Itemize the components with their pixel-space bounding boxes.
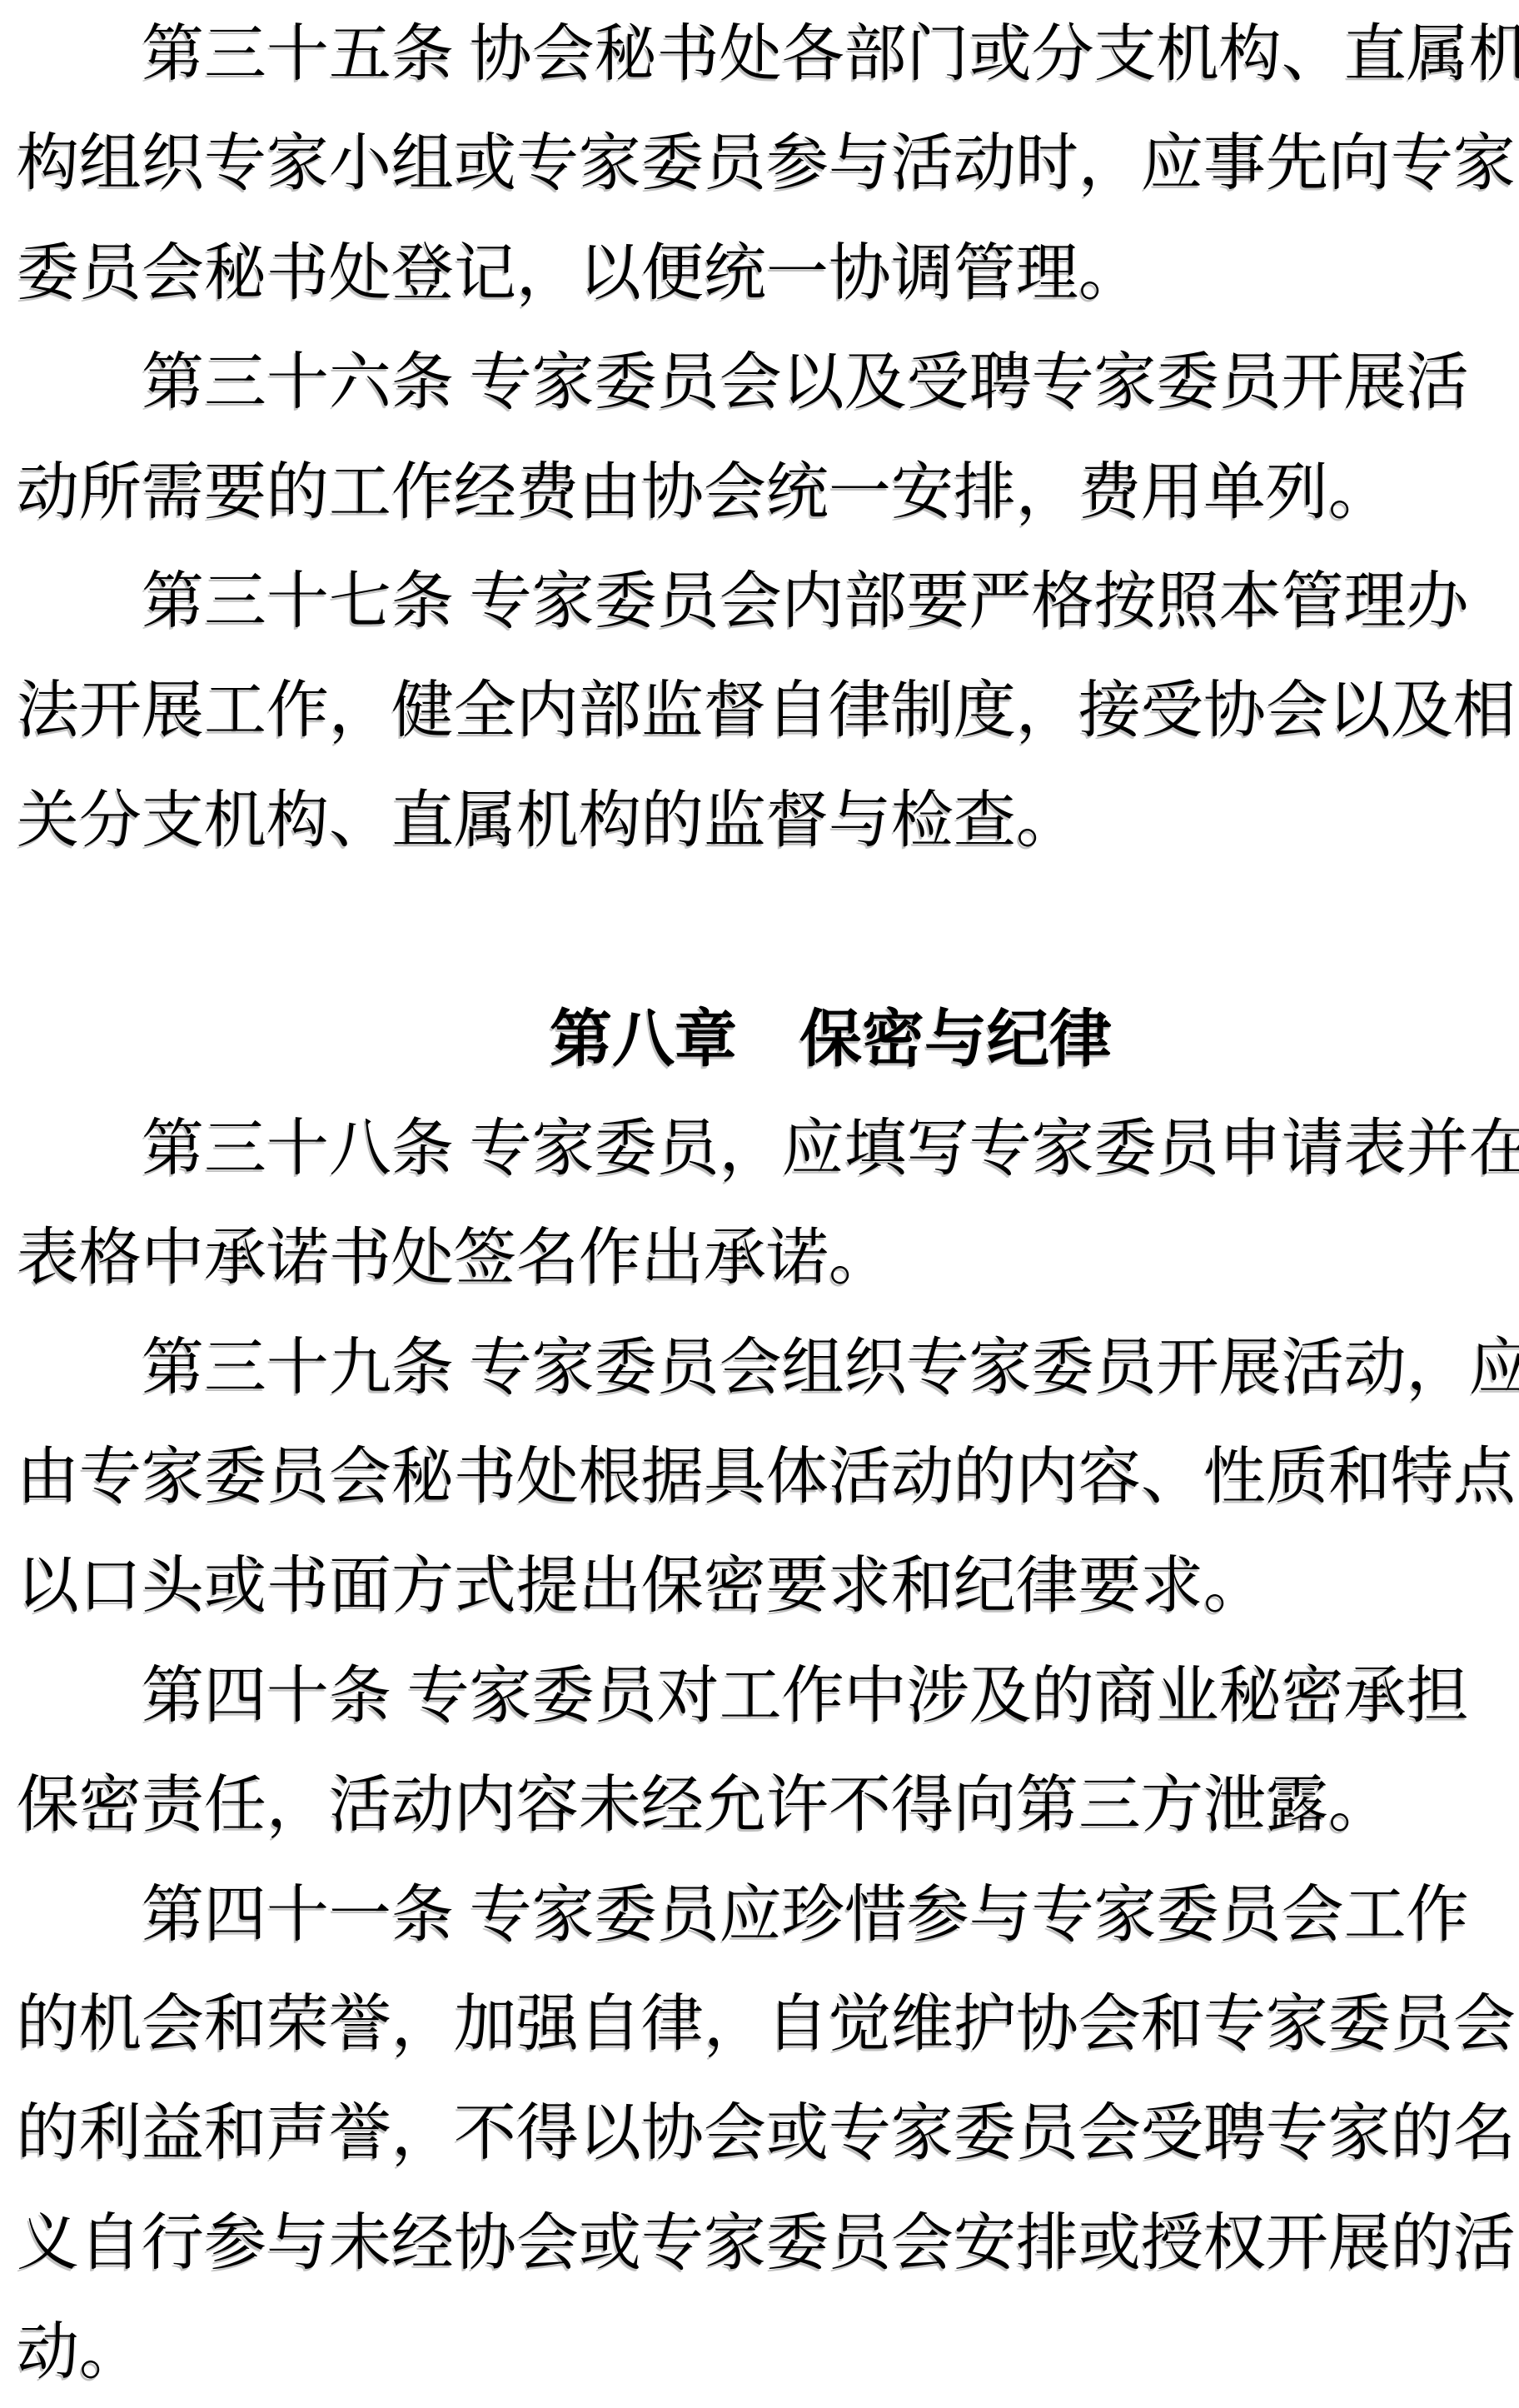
paragraph-line-article-40-1: 第四十条 专家委员对工作中涉及的商业秘密承担: [17, 1642, 1519, 1751]
document-page: 第三十五条 协会秘书处各部门或分支机构、直属机 构组织专家小组或专家委员参与活动…: [0, 0, 1519, 2408]
paragraph-line-article-35-3: 委员会秘书处登记，以便统一协调管理。: [17, 219, 1519, 328]
paragraph-line-article-39-2: 由专家委员会秘书处根据具体活动的内容、性质和特点: [17, 1423, 1519, 1532]
paragraph-line-article-38-2: 表格中承诺书处签名作出承诺。: [17, 1204, 1519, 1313]
paragraph-line-article-38-1: 第三十八条 专家委员，应填写专家委员申请表并在: [17, 1094, 1519, 1204]
paragraph-line-article-41-2: 的机会和荣誉，加强自律，自觉维护协会和专家委员会: [17, 1970, 1519, 2079]
paragraph-line-article-35-2: 构组织专家小组或专家委员参与活动时，应事先向专家: [17, 109, 1519, 218]
paragraph-line-article-37-1: 第三十七条 专家委员会内部要严格按照本管理办: [17, 547, 1519, 656]
paragraph-line-article-41-3: 的利益和声誉，不得以协会或专家委员会受聘专家的名: [17, 2079, 1519, 2188]
chapter-heading: 第八章 保密与纪律: [17, 985, 1519, 1094]
paragraph-line-article-39-1: 第三十九条 专家委员会组织专家委员开展活动，应: [17, 1314, 1519, 1423]
paragraph-line-article-36-1: 第三十六条 专家委员会以及受聘专家委员开展活: [17, 328, 1519, 437]
paragraph-line-article-41-4: 义自行参与未经协会或专家委员会安排或授权开展的活: [17, 2189, 1519, 2298]
blank-line: [17, 875, 1519, 985]
paragraph-line-article-36-2: 动所需要的工作经费由协会统一安排，费用单列。: [17, 438, 1519, 547]
paragraph-line-article-37-3: 关分支机构、直属机构的监督与检查。: [17, 766, 1519, 875]
paragraph-line-article-41-5: 动。: [17, 2298, 1519, 2407]
paragraph-line-article-35-1: 第三十五条 协会秘书处各部门或分支机构、直属机: [17, 0, 1519, 109]
paragraph-line-article-40-2: 保密责任，活动内容未经允许不得向第三方泄露。: [17, 1751, 1519, 1860]
paragraph-line-article-37-2: 法开展工作，健全内部监督自律制度，接受协会以及相: [17, 656, 1519, 765]
paragraph-line-article-39-3: 以口头或书面方式提出保密要求和纪律要求。: [17, 1532, 1519, 1641]
paragraph-line-article-41-1: 第四十一条 专家委员应珍惜参与专家委员会工作: [17, 1861, 1519, 1970]
